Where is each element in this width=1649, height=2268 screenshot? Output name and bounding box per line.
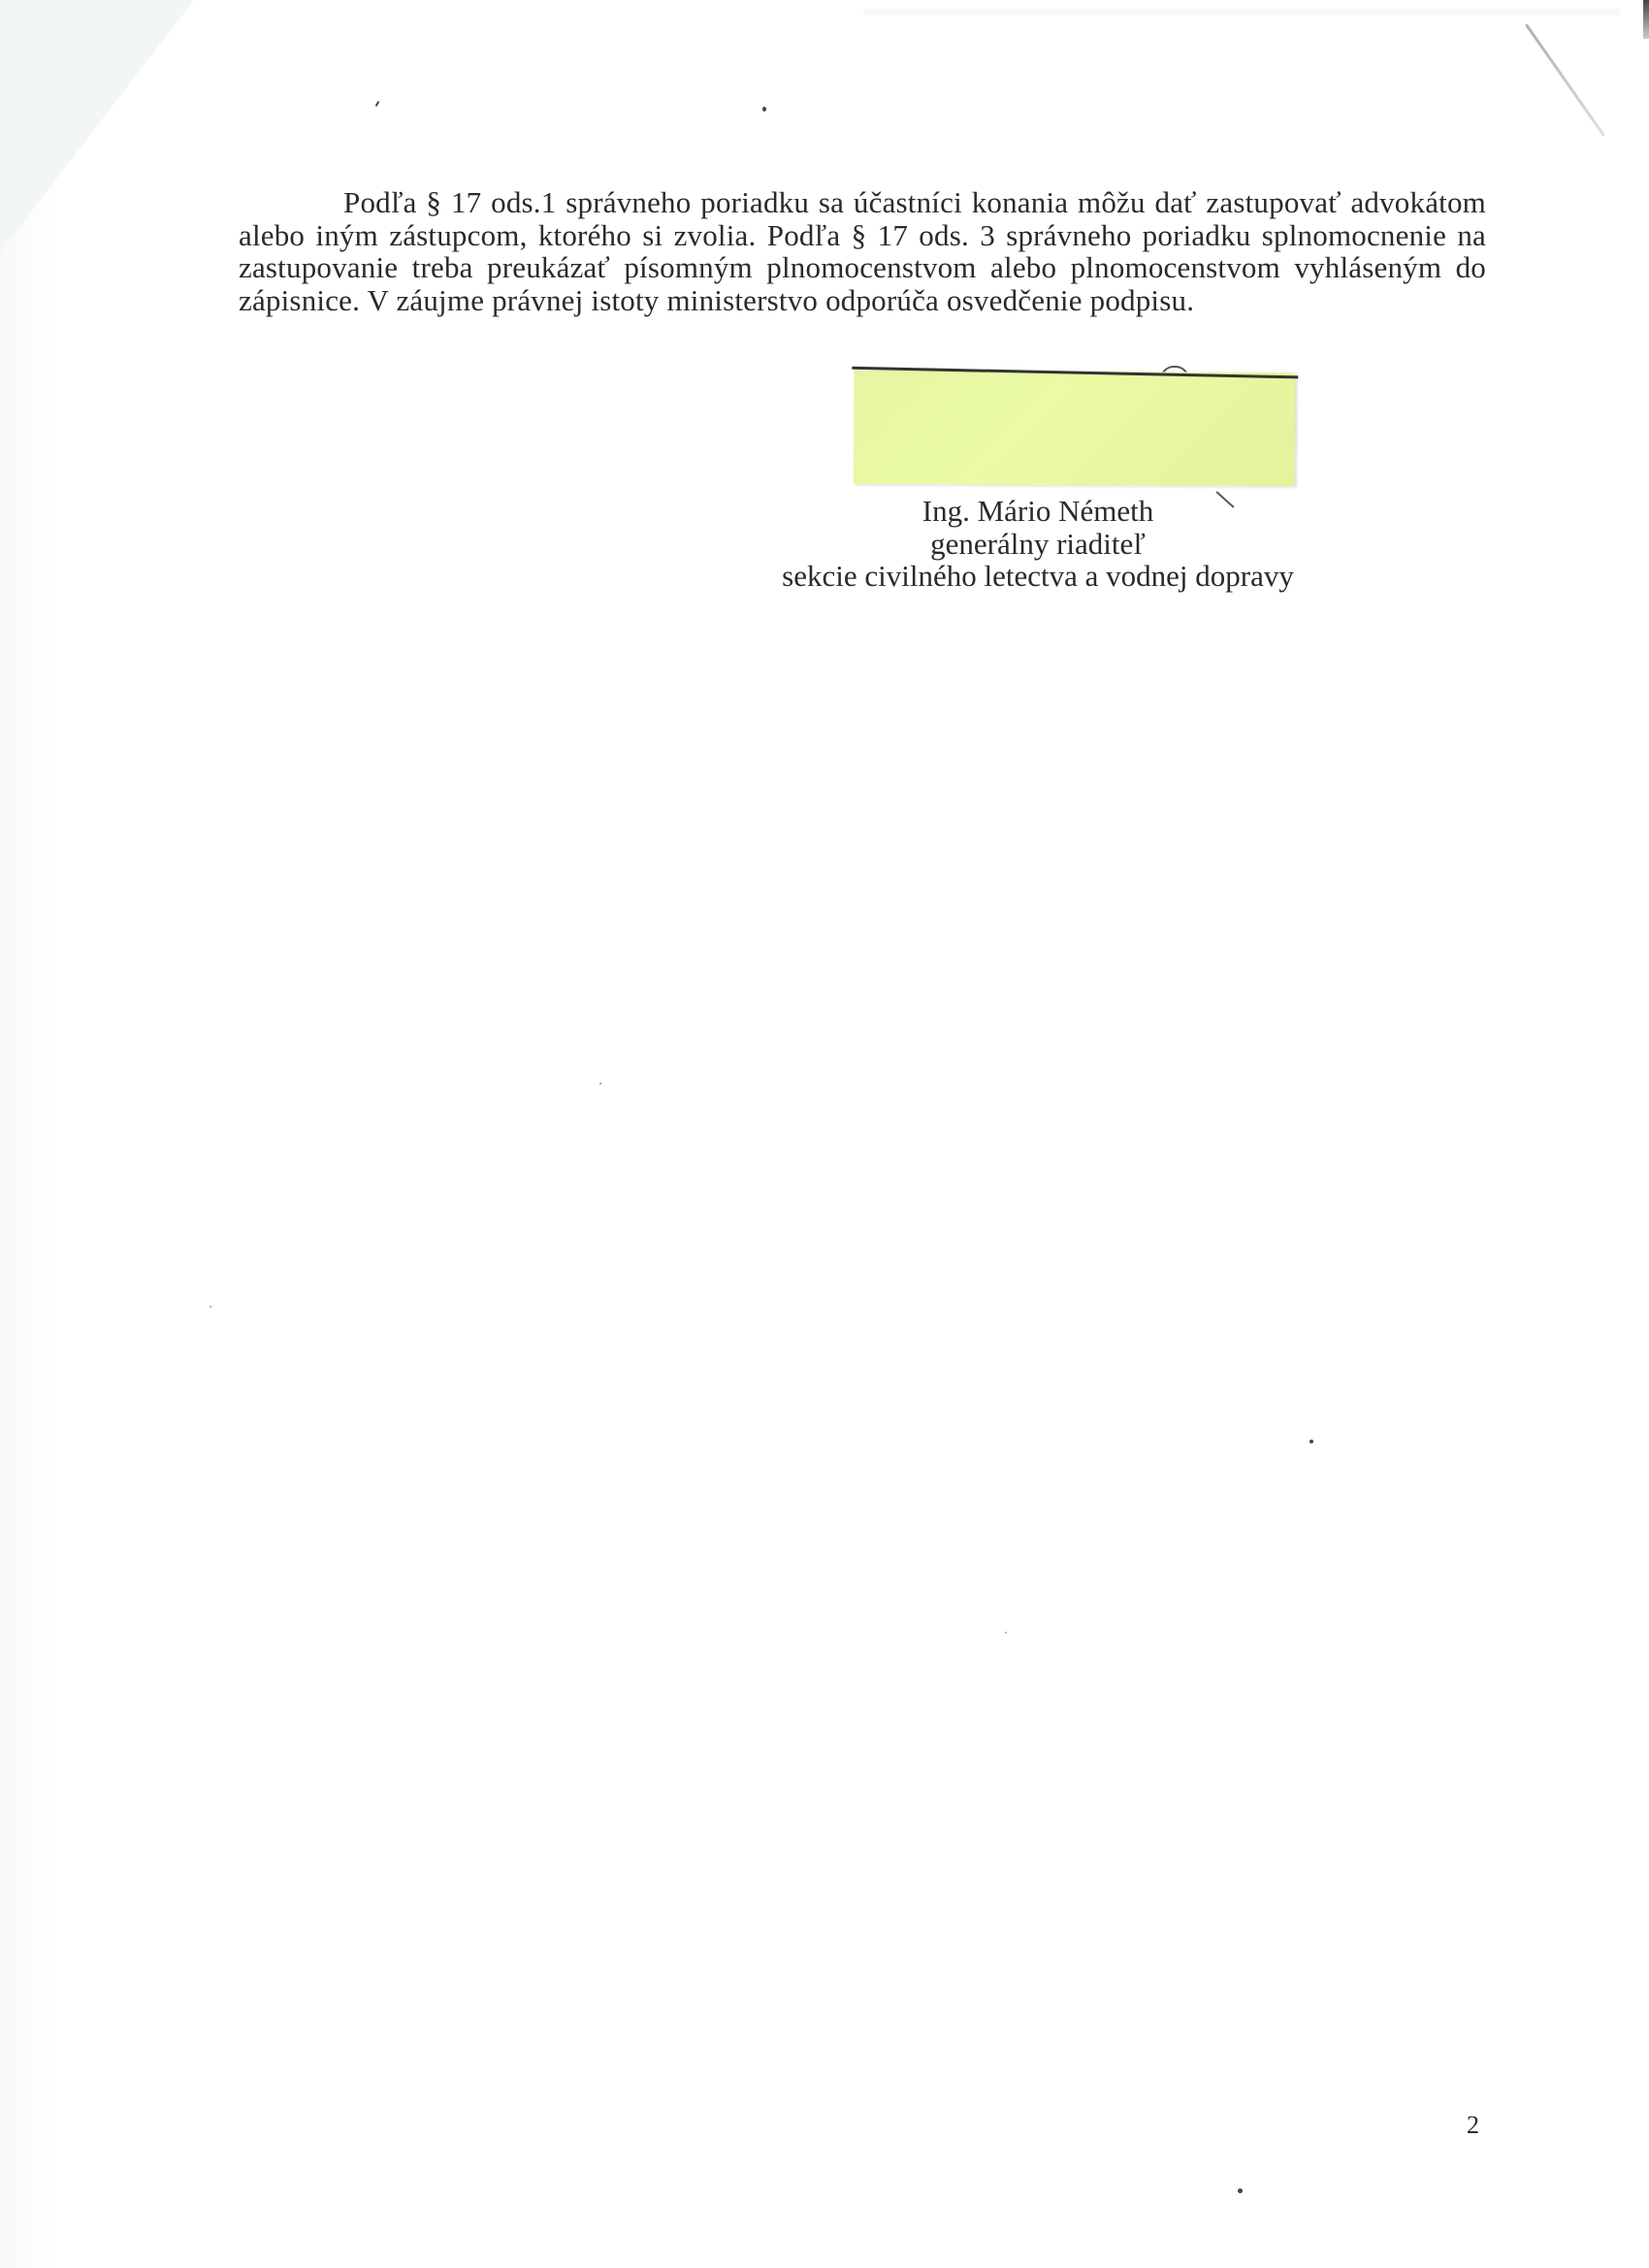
scan-shadow xyxy=(0,0,58,2268)
scan-speck xyxy=(375,101,380,107)
scan-fold-mark xyxy=(863,8,1620,16)
signature-redaction-note xyxy=(854,371,1296,486)
scan-speck xyxy=(599,1083,601,1085)
scan-speck xyxy=(210,1306,211,1308)
body-paragraph: Podľa § 17 ods.1 správneho poriadku sa ú… xyxy=(239,186,1486,316)
signatory-title: generálny riaditeľ xyxy=(737,528,1339,561)
scan-speck xyxy=(762,107,766,112)
scan-streak xyxy=(1525,23,1605,136)
scan-edge xyxy=(1643,0,1649,39)
page-number: 2 xyxy=(1467,2111,1479,2140)
scan-speck xyxy=(1238,2188,1243,2193)
scan-speck xyxy=(1309,1440,1313,1443)
signatory-department: sekcie civilného letectva a vodnej dopra… xyxy=(737,560,1339,593)
scan-shadow-corner xyxy=(0,0,194,252)
scan-speck xyxy=(1005,1632,1007,1634)
signature-block: Ing. Mário Németh generálny riaditeľ sek… xyxy=(737,495,1339,593)
signatory-name: Ing. Mário Németh xyxy=(737,495,1339,528)
